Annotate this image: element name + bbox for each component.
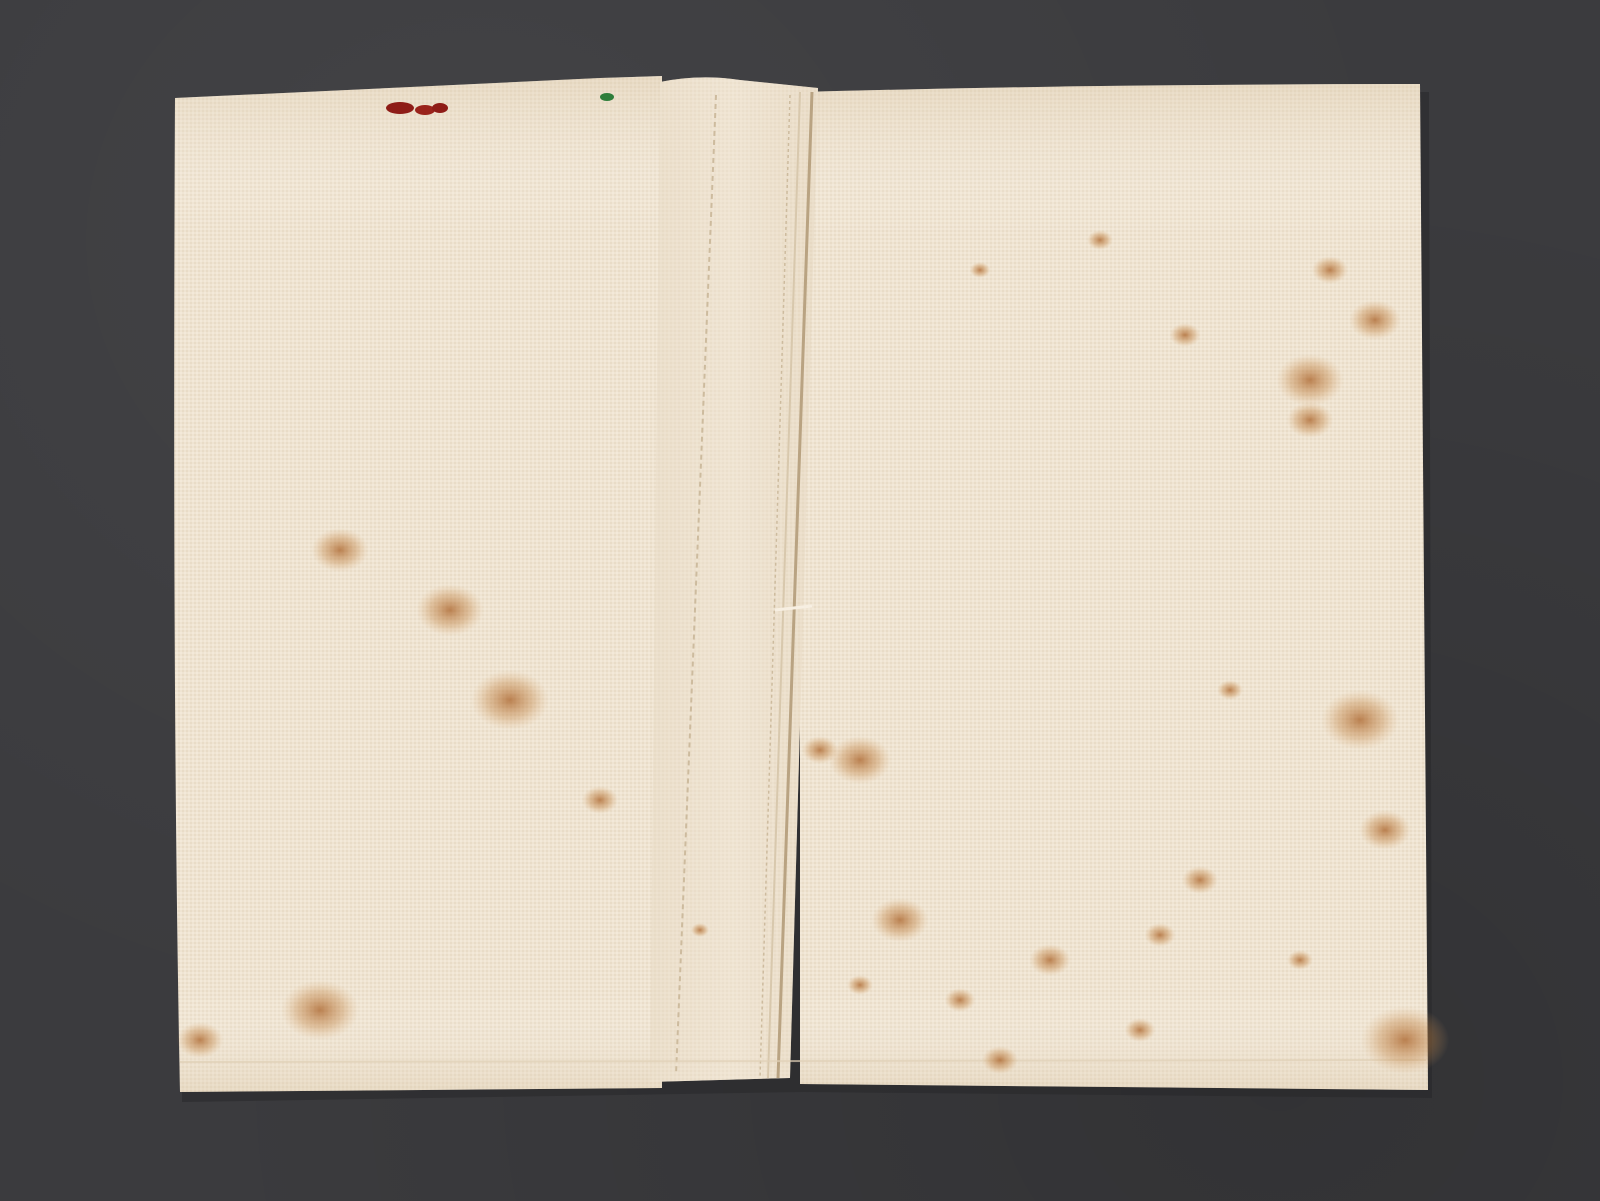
stain-spot [1349, 300, 1401, 340]
stain-spot [847, 975, 873, 995]
stain-spot [1287, 402, 1334, 438]
stain-spot [871, 898, 928, 942]
stain-spot [1124, 1018, 1155, 1042]
stain-spot [1312, 256, 1348, 284]
stain-spot [281, 980, 359, 1040]
stain-spot [311, 528, 368, 572]
stain-spot [582, 786, 618, 814]
stain-spot [1182, 866, 1218, 894]
stain-spot [944, 988, 975, 1012]
stain-spot [1276, 354, 1344, 406]
stain-spot [970, 262, 991, 278]
stain-spot [471, 670, 549, 730]
armband-photo [0, 0, 1600, 1201]
stain-spot [1087, 230, 1113, 250]
center-fold [650, 77, 818, 1082]
stain-spot [1144, 923, 1175, 947]
stain-spot [416, 584, 484, 636]
stain-spot [1359, 810, 1411, 850]
stain-spot [1217, 680, 1243, 700]
stain-spot [691, 923, 709, 937]
stain-spot [829, 736, 891, 784]
stain-spot [1287, 950, 1313, 970]
stain-spot [1169, 323, 1200, 347]
left-panel [174, 76, 662, 1092]
stain-spot [1321, 690, 1399, 750]
stain-spot [1361, 1006, 1449, 1074]
stain-spot [982, 1046, 1018, 1074]
stain-spot [1029, 944, 1071, 976]
stain-spot [177, 1022, 224, 1058]
